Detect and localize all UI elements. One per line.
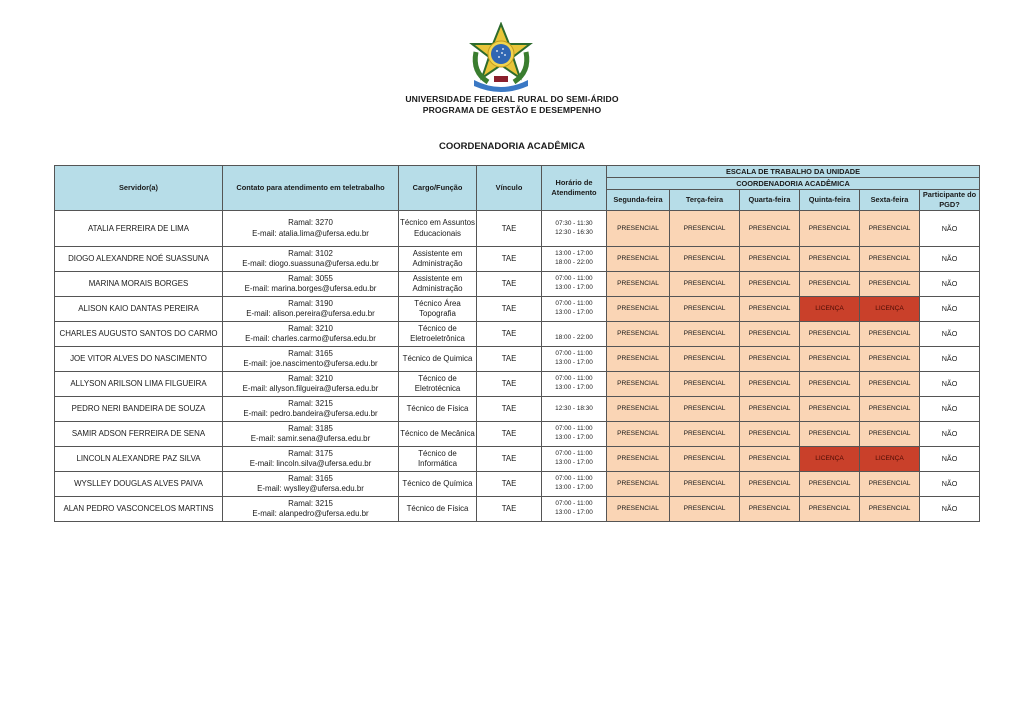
table-row: ALAN PEDRO VASCONCELOS MARTINSRamal: 321… (55, 497, 980, 522)
day-status-cell: PRESENCIAL (800, 397, 860, 422)
vinculo-text: TAE (502, 254, 517, 263)
day-status-cell: PRESENCIAL (740, 372, 800, 397)
day-status-text: PRESENCIAL (617, 255, 659, 262)
header-escala-title: ESCALA DE TRABALHO DA UNIDADE (607, 166, 980, 178)
day-status-text: PRESENCIAL (869, 255, 911, 262)
hours-line-2: 13:00 - 17:00 (555, 309, 593, 316)
program-title: PROGRAMA DE GESTÃO E DESEMPENHO (0, 105, 1024, 115)
pgd-text: NÃO (942, 279, 958, 288)
day-status-text: PRESENCIAL (684, 405, 726, 412)
header-day-terca: Terça-feira (670, 190, 740, 211)
hours-line-2: 13:00 - 17:00 (555, 459, 593, 466)
brazil-coat-of-arms-icon (466, 22, 536, 94)
day-status-text: PRESENCIAL (749, 255, 791, 262)
pgd-text: NÃO (942, 504, 958, 513)
servidor-name-text: JOE VITOR ALVES DO NASCIMENTO (70, 354, 207, 363)
header-escala-unit: COORDENADORIA ACADÊMICA (607, 178, 980, 190)
pgd-cell: NÃO (920, 347, 980, 372)
hours-line-2: 18:00 - 22:00 (555, 259, 593, 266)
day-status-text: LICENÇA (875, 455, 904, 462)
day-status-cell: PRESENCIAL (670, 447, 740, 472)
table-row: CHARLES AUGUSTO SANTOS DO CARMORamal: 32… (55, 322, 980, 347)
servidor-name: WYSLLEY DOUGLAS ALVES PAIVA (55, 472, 223, 497)
day-status-cell: PRESENCIAL (670, 272, 740, 297)
vinculo-text: TAE (502, 224, 517, 233)
day-status-cell: PRESENCIAL (607, 272, 670, 297)
hours-line-2: 13:00 - 17:00 (555, 284, 593, 291)
day-status-text: PRESENCIAL (617, 355, 659, 362)
pgd-text: NÃO (942, 379, 958, 388)
cargo-text: Técnico de Eletroeletrônica (410, 324, 465, 343)
day-status-cell: PRESENCIAL (860, 422, 920, 447)
vinculo-cell: TAE (477, 447, 542, 472)
cargo-text: Assistente em Administração (413, 249, 463, 268)
day-status-cell: PRESENCIAL (607, 297, 670, 322)
vinculo-text: TAE (502, 329, 517, 338)
cargo-cell: Técnico de Informática (399, 447, 477, 472)
cargo-cell: Técnico de Quimica (399, 347, 477, 372)
cargo-text: Assistente em Administração (413, 274, 463, 293)
day-status-text: PRESENCIAL (617, 280, 659, 287)
day-status-cell: PRESENCIAL (740, 422, 800, 447)
vinculo-text: TAE (502, 354, 517, 363)
day-status-cell: PRESENCIAL (607, 447, 670, 472)
day-status-text: PRESENCIAL (809, 355, 851, 362)
email-text: E-mail: lincoln.silva@ufersa.edu.br (250, 459, 372, 468)
day-status-cell: PRESENCIAL (670, 472, 740, 497)
day-status-text: PRESENCIAL (617, 225, 659, 232)
day-status-text: PRESENCIAL (684, 225, 726, 232)
vinculo-cell: TAE (477, 211, 542, 247)
day-status-cell: PRESENCIAL (607, 322, 670, 347)
day-status-text: PRESENCIAL (749, 305, 791, 312)
pgd-text: NÃO (942, 429, 958, 438)
vinculo-cell: TAE (477, 372, 542, 397)
day-status-cell: PRESENCIAL (740, 497, 800, 522)
vinculo-text: TAE (502, 379, 517, 388)
servidor-name-text: PEDRO NERI BANDEIRA DE SOUZA (72, 404, 206, 413)
day-status-cell: PRESENCIAL (860, 472, 920, 497)
day-status-cell: PRESENCIAL (860, 397, 920, 422)
horario-cell: 07:00 - 11:0013:00 - 17:00 (542, 297, 607, 322)
ramal-text: Ramal: 3102 (288, 249, 333, 258)
day-status-text: PRESENCIAL (869, 430, 911, 437)
vinculo-text: TAE (502, 479, 517, 488)
day-status-cell: PRESENCIAL (670, 322, 740, 347)
header-day-quarta: Quarta-feira (740, 190, 800, 211)
day-status-cell: PRESENCIAL (740, 272, 800, 297)
header-contato: Contato para atendimento em teletrabalho (223, 166, 399, 211)
pgd-cell: NÃO (920, 297, 980, 322)
vinculo-cell: TAE (477, 247, 542, 272)
day-status-cell: PRESENCIAL (607, 211, 670, 247)
servidor-name: ALLYSON ARILSON LIMA FILGUEIRA (55, 372, 223, 397)
header-vinculo: Vínculo (477, 166, 542, 211)
pgd-cell: NÃO (920, 372, 980, 397)
table-row: JOE VITOR ALVES DO NASCIMENTORamal: 3165… (55, 347, 980, 372)
email-text: E-mail: marina.borges@ufersa.edu.br (245, 284, 377, 293)
cargo-cell: Técnico de Física (399, 497, 477, 522)
hours-line-1: 07:00 - 11:00 (555, 450, 592, 457)
day-status-text: PRESENCIAL (749, 280, 791, 287)
vinculo-text: TAE (502, 454, 517, 463)
day-status-text: PRESENCIAL (749, 380, 791, 387)
institution-title: UNIVERSIDADE FEDERAL RURAL DO SEMI-ÁRIDO (0, 94, 1024, 104)
email-text: E-mail: joe.nascimento@ufersa.edu.br (243, 359, 377, 368)
ramal-text: Ramal: 3210 (288, 324, 333, 333)
cargo-cell: Técnico de Eletrotécnica (399, 372, 477, 397)
day-status-cell: LICENÇA (800, 297, 860, 322)
cargo-cell: Assistente em Administração (399, 247, 477, 272)
header-day-sexta: Sexta-feira (860, 190, 920, 211)
horario-cell: 07:00 - 11:0013:00 - 17:00 (542, 422, 607, 447)
day-status-cell: PRESENCIAL (670, 347, 740, 372)
day-status-text: PRESENCIAL (809, 330, 851, 337)
servidor-name: ALAN PEDRO VASCONCELOS MARTINS (55, 497, 223, 522)
hours-line-1: 07:00 - 11:00 (555, 275, 592, 282)
pgd-text: NÃO (942, 479, 958, 488)
unit-title: COORDENADORIA ACADÊMICA (0, 141, 1024, 152)
hours-line-1: 12:30 - 18:30 (555, 405, 593, 412)
day-status-text: PRESENCIAL (869, 280, 911, 287)
vinculo-cell: TAE (477, 497, 542, 522)
servidor-name: DIOGO ALEXANDRE NOÉ SUASSUNA (55, 247, 223, 272)
ramal-text: Ramal: 3165 (288, 349, 333, 358)
servidor-name-text: ALISON KAIO DANTAS PEREIRA (78, 304, 198, 313)
vinculo-cell: TAE (477, 472, 542, 497)
vinculo-cell: TAE (477, 347, 542, 372)
hours-line-2: 18:00 - 22:00 (555, 334, 593, 341)
day-status-text: PRESENCIAL (809, 280, 851, 287)
vinculo-cell: TAE (477, 297, 542, 322)
servidor-name: ALISON KAIO DANTAS PEREIRA (55, 297, 223, 322)
pgd-cell: NÃO (920, 322, 980, 347)
email-text: E-mail: charles.carmo@ufersa.edu.br (245, 334, 376, 343)
contact-cell: Ramal: 3210E-mail: allyson.filgueira@ufe… (223, 372, 399, 397)
day-status-cell: PRESENCIAL (607, 472, 670, 497)
hours-line-2: 13:00 - 17:00 (555, 434, 593, 441)
servidor-name: SAMIR ADSON FERREIRA DE SENA (55, 422, 223, 447)
header-day-segunda: Segunda-feira (607, 190, 670, 211)
hours-line-1: 07:30 - 11:30 (555, 220, 592, 227)
contact-cell: Ramal: 3190E-mail: alison.pereira@ufersa… (223, 297, 399, 322)
day-status-cell: PRESENCIAL (670, 497, 740, 522)
cargo-text: Técnico de Quimica (403, 354, 473, 363)
day-status-cell: PRESENCIAL (607, 497, 670, 522)
day-status-text: PRESENCIAL (684, 430, 726, 437)
day-status-cell: PRESENCIAL (860, 211, 920, 247)
ramal-text: Ramal: 3190 (288, 299, 333, 308)
day-status-text: PRESENCIAL (684, 280, 726, 287)
day-status-text: PRESENCIAL (617, 505, 659, 512)
horario-cell: 13:00 - 17:0018:00 - 22:00 (542, 247, 607, 272)
pgd-text: NÃO (942, 404, 958, 413)
cargo-text: Técnico de Química (402, 479, 472, 488)
contact-cell: Ramal: 3175E-mail: lincoln.silva@ufersa.… (223, 447, 399, 472)
pgd-cell: NÃO (920, 472, 980, 497)
contact-cell: Ramal: 3215E-mail: pedro.bandeira@ufersa… (223, 397, 399, 422)
day-status-cell: PRESENCIAL (800, 272, 860, 297)
day-status-cell: PRESENCIAL (740, 447, 800, 472)
servidor-name-text: ATALIA FERREIRA DE LIMA (88, 224, 189, 233)
day-status-cell: PRESENCIAL (607, 372, 670, 397)
day-status-cell: PRESENCIAL (670, 297, 740, 322)
contact-cell: Ramal: 3165E-mail: joe.nascimento@ufersa… (223, 347, 399, 372)
servidor-name: JOE VITOR ALVES DO NASCIMENTO (55, 347, 223, 372)
header-servidor: Servidor(a) (55, 166, 223, 211)
day-status-cell: PRESENCIAL (740, 211, 800, 247)
day-status-cell: PRESENCIAL (860, 272, 920, 297)
day-status-cell: PRESENCIAL (607, 347, 670, 372)
day-status-cell: PRESENCIAL (860, 322, 920, 347)
day-status-text: PRESENCIAL (869, 330, 911, 337)
hours-line-2: 13:00 - 17:00 (555, 384, 593, 391)
email-text: E-mail: alison.pereira@ufersa.edu.br (246, 309, 375, 318)
table-row: ATALIA FERREIRA DE LIMARamal: 3270E-mail… (55, 211, 980, 247)
day-status-cell: PRESENCIAL (740, 397, 800, 422)
cargo-text: Técnico Área Topografia (414, 299, 461, 318)
day-status-text: PRESENCIAL (749, 355, 791, 362)
vinculo-text: TAE (502, 429, 517, 438)
day-status-text: PRESENCIAL (869, 380, 911, 387)
day-status-text: PRESENCIAL (684, 355, 726, 362)
pgd-cell: NÃO (920, 447, 980, 472)
day-status-cell: PRESENCIAL (800, 211, 860, 247)
servidor-name: PEDRO NERI BANDEIRA DE SOUZA (55, 397, 223, 422)
hours-line-1: 07:00 - 11:00 (555, 375, 592, 382)
day-status-cell: PRESENCIAL (800, 322, 860, 347)
day-status-text: PRESENCIAL (684, 305, 726, 312)
day-status-cell: PRESENCIAL (800, 472, 860, 497)
day-status-text: PRESENCIAL (869, 405, 911, 412)
pgd-cell: NÃO (920, 497, 980, 522)
ramal-text: Ramal: 3165 (288, 474, 333, 483)
servidor-name-text: WYSLLEY DOUGLAS ALVES PAIVA (74, 479, 203, 488)
vinculo-cell: TAE (477, 397, 542, 422)
pgd-cell: NÃO (920, 272, 980, 297)
hours-line-1: 07:00 - 11:00 (555, 300, 592, 307)
hours-line-1: 13:00 - 17:00 (555, 250, 593, 257)
email-text: E-mail: wyslley@ufersa.edu.br (257, 484, 364, 493)
horario-cell: 07:00 - 11:0013:00 - 17:00 (542, 472, 607, 497)
email-text: E-mail: atalia.lima@ufersa.edu.br (252, 229, 369, 238)
horario-cell: 07:30 - 11:3012:30 - 16:30 (542, 211, 607, 247)
ramal-text: Ramal: 3185 (288, 424, 333, 433)
day-status-text: PRESENCIAL (749, 505, 791, 512)
cargo-text: Técnico de Eletrotécnica (415, 374, 461, 393)
day-status-text: PRESENCIAL (869, 480, 911, 487)
table-row: LINCOLN ALEXANDRE PAZ SILVARamal: 3175E-… (55, 447, 980, 472)
day-status-text: LICENÇA (815, 305, 844, 312)
email-text: E-mail: samir.sena@ufersa.edu.br (251, 434, 370, 443)
table-row: PEDRO NERI BANDEIRA DE SOUZARamal: 3215E… (55, 397, 980, 422)
vinculo-text: TAE (502, 404, 517, 413)
vinculo-text: TAE (502, 279, 517, 288)
servidor-name-text: ALLYSON ARILSON LIMA FILGUEIRA (70, 379, 206, 388)
day-status-cell: LICENÇA (800, 447, 860, 472)
day-status-cell: LICENÇA (860, 447, 920, 472)
day-status-cell: PRESENCIAL (740, 472, 800, 497)
day-status-text: PRESENCIAL (684, 455, 726, 462)
day-status-cell: PRESENCIAL (860, 497, 920, 522)
pgd-cell: NÃO (920, 422, 980, 447)
day-status-cell: PRESENCIAL (740, 247, 800, 272)
contact-cell: Ramal: 3270E-mail: atalia.lima@ufersa.ed… (223, 211, 399, 247)
servidor-name: MARINA MORAIS BORGES (55, 272, 223, 297)
ramal-text: Ramal: 3270 (288, 218, 333, 227)
servidor-name: CHARLES AUGUSTO SANTOS DO CARMO (55, 322, 223, 347)
servidor-name-text: ALAN PEDRO VASCONCELOS MARTINS (63, 504, 213, 513)
day-status-cell: PRESENCIAL (670, 372, 740, 397)
pgd-cell: NÃO (920, 397, 980, 422)
day-status-text: PRESENCIAL (684, 255, 726, 262)
day-status-cell: PRESENCIAL (670, 422, 740, 447)
day-status-text: PRESENCIAL (617, 305, 659, 312)
cargo-cell: Técnico de Química (399, 472, 477, 497)
servidor-name: ATALIA FERREIRA DE LIMA (55, 211, 223, 247)
horario-cell: 07:00 - 11:0013:00 - 17:00 (542, 372, 607, 397)
servidor-name: LINCOLN ALEXANDRE PAZ SILVA (55, 447, 223, 472)
hours-line-1: 07:00 - 11:00 (555, 475, 592, 482)
contact-cell: Ramal: 3215E-mail: alanpedro@ufersa.edu.… (223, 497, 399, 522)
table-row: ALISON KAIO DANTAS PEREIRARamal: 3190E-m… (55, 297, 980, 322)
day-status-text: PRESENCIAL (809, 380, 851, 387)
ramal-text: Ramal: 3055 (288, 274, 333, 283)
day-status-text: PRESENCIAL (617, 430, 659, 437)
ramal-text: Ramal: 3215 (288, 399, 333, 408)
horario-cell: 12:30 - 18:30 (542, 397, 607, 422)
hours-line-2: 12:30 - 16:30 (555, 229, 593, 236)
day-status-cell: PRESENCIAL (670, 247, 740, 272)
email-text: E-mail: pedro.bandeira@ufersa.edu.br (243, 409, 377, 418)
day-status-cell: PRESENCIAL (860, 247, 920, 272)
day-status-cell: PRESENCIAL (740, 347, 800, 372)
cargo-text: Técnico de Física (407, 404, 469, 413)
table-row: MARINA MORAIS BORGESRamal: 3055E-mail: m… (55, 272, 980, 297)
contact-cell: Ramal: 3055E-mail: marina.borges@ufersa.… (223, 272, 399, 297)
hours-line-1: 07:00 - 11:00 (555, 350, 592, 357)
cargo-cell: Técnico de Física (399, 397, 477, 422)
cargo-text: Técnico em Assuntos Educacionais (400, 218, 475, 237)
hours-line-1: 07:00 - 11:00 (555, 425, 592, 432)
vinculo-text: TAE (502, 504, 517, 513)
table-row: DIOGO ALEXANDRE NOÉ SUASSUNARamal: 3102E… (55, 247, 980, 272)
header-pgd: Participante do PGD? (920, 190, 980, 211)
servidor-name-text: LINCOLN ALEXANDRE PAZ SILVA (76, 454, 200, 463)
pgd-text: NÃO (942, 304, 958, 313)
email-text: E-mail: diogo.suassuna@ufersa.edu.br (242, 259, 379, 268)
day-status-cell: PRESENCIAL (670, 397, 740, 422)
cargo-text: Técnico de Mecânica (400, 429, 475, 438)
day-status-text: PRESENCIAL (749, 430, 791, 437)
day-status-cell: PRESENCIAL (607, 422, 670, 447)
hours-line-2: 13:00 - 17:00 (555, 509, 593, 516)
day-status-cell: PRESENCIAL (670, 211, 740, 247)
day-status-text: PRESENCIAL (809, 405, 851, 412)
day-status-text: PRESENCIAL (809, 255, 851, 262)
horario-cell: 07:00 - 11:0013:00 - 17:00 (542, 447, 607, 472)
cargo-cell: Técnico Área Topografia (399, 297, 477, 322)
cargo-cell: Técnico em Assuntos Educacionais (399, 211, 477, 247)
day-status-text: PRESENCIAL (684, 480, 726, 487)
pgd-text: NÃO (942, 254, 958, 263)
day-status-text: LICENÇA (815, 455, 844, 462)
day-status-cell: PRESENCIAL (800, 247, 860, 272)
servidor-name-text: MARINA MORAIS BORGES (89, 279, 189, 288)
day-status-text: PRESENCIAL (617, 405, 659, 412)
pgd-cell: NÃO (920, 211, 980, 247)
vinculo-cell: TAE (477, 322, 542, 347)
vinculo-cell: TAE (477, 422, 542, 447)
day-status-text: PRESENCIAL (749, 480, 791, 487)
day-status-text: PRESENCIAL (809, 225, 851, 232)
horario-cell: 07:00 - 11:0013:00 - 17:00 (542, 347, 607, 372)
day-status-cell: LICENÇA (860, 297, 920, 322)
table-row: SAMIR ADSON FERREIRA DE SENARamal: 3185E… (55, 422, 980, 447)
day-status-text: PRESENCIAL (684, 330, 726, 337)
cargo-text: Técnico de Informática (418, 449, 457, 468)
day-status-text: PRESENCIAL (749, 405, 791, 412)
day-status-text: PRESENCIAL (809, 505, 851, 512)
day-status-cell: PRESENCIAL (800, 372, 860, 397)
day-status-cell: PRESENCIAL (800, 347, 860, 372)
day-status-text: PRESENCIAL (869, 355, 911, 362)
hours-line-2: 13:00 - 17:00 (555, 359, 593, 366)
day-status-text: PRESENCIAL (749, 225, 791, 232)
contact-cell: Ramal: 3185E-mail: samir.sena@ufersa.edu… (223, 422, 399, 447)
contact-cell: Ramal: 3165E-mail: wyslley@ufersa.edu.br (223, 472, 399, 497)
day-status-text: PRESENCIAL (617, 480, 659, 487)
pgd-text: NÃO (942, 224, 958, 233)
contact-cell: Ramal: 3102E-mail: diogo.suassuna@ufersa… (223, 247, 399, 272)
pgd-text: NÃO (942, 454, 958, 463)
servidor-name-text: DIOGO ALEXANDRE NOÉ SUASSUNA (68, 254, 209, 263)
ramal-text: Ramal: 3175 (288, 449, 333, 458)
day-status-text: PRESENCIAL (809, 480, 851, 487)
work-schedule-table: Servidor(a) Contato para atendimento em … (54, 165, 980, 522)
day-status-cell: PRESENCIAL (800, 497, 860, 522)
pgd-cell: NÃO (920, 247, 980, 272)
day-status-cell: PRESENCIAL (860, 347, 920, 372)
cargo-cell: Técnico de Eletroeletrônica (399, 322, 477, 347)
servidor-name-text: CHARLES AUGUSTO SANTOS DO CARMO (60, 329, 218, 338)
horario-cell: 18:00 - 22:00 (542, 322, 607, 347)
vinculo-text: TAE (502, 304, 517, 313)
day-status-text: PRESENCIAL (749, 330, 791, 337)
header-day-quinta: Quinta-feira (800, 190, 860, 211)
pgd-text: NÃO (942, 354, 958, 363)
email-text: E-mail: allyson.filgueira@ufersa.edu.br (243, 384, 379, 393)
day-status-text: PRESENCIAL (869, 505, 911, 512)
day-status-text: PRESENCIAL (684, 380, 726, 387)
table-row: WYSLLEY DOUGLAS ALVES PAIVARamal: 3165E-… (55, 472, 980, 497)
vinculo-cell: TAE (477, 272, 542, 297)
header-cargo: Cargo/Função (399, 166, 477, 211)
cargo-cell: Assistente em Administração (399, 272, 477, 297)
cargo-text: Técnico de Física (407, 504, 469, 513)
day-status-text: PRESENCIAL (617, 455, 659, 462)
day-status-text: PRESENCIAL (749, 455, 791, 462)
pgd-text: NÃO (942, 329, 958, 338)
day-status-cell: PRESENCIAL (607, 247, 670, 272)
day-status-text: PRESENCIAL (684, 505, 726, 512)
ramal-text: Ramal: 3215 (288, 499, 333, 508)
email-text: E-mail: alanpedro@ufersa.edu.br (252, 509, 368, 518)
horario-cell: 07:00 - 11:0013:00 - 17:00 (542, 497, 607, 522)
hours-line-1: 07:00 - 11:00 (555, 500, 592, 507)
hours-line-2: 13:00 - 17:00 (555, 484, 593, 491)
day-status-text: PRESENCIAL (869, 225, 911, 232)
